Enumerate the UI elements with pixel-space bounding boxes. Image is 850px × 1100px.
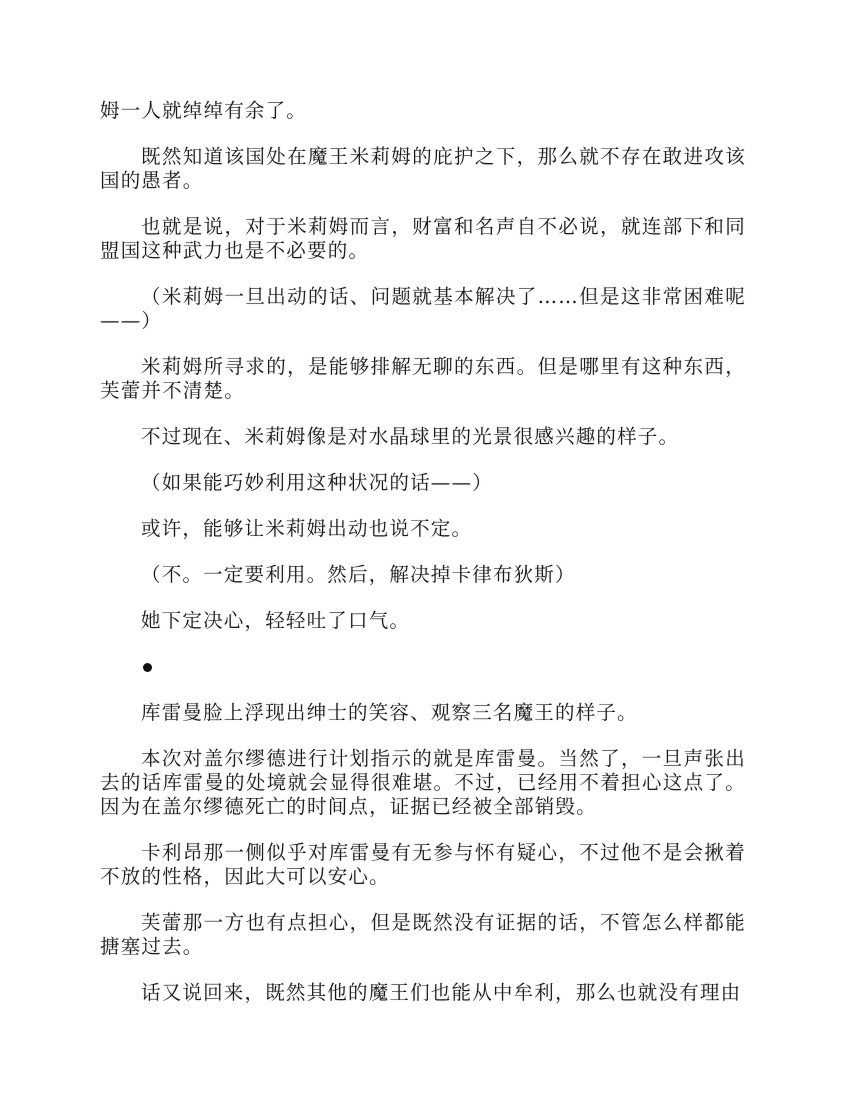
- paragraph: 米莉姆所寻求的，是能够排解无聊的东西。但是哪里有这种东西，芙蕾并不清楚。: [100, 355, 746, 403]
- paragraph: 姆一人就绰绰有余了。: [100, 99, 746, 123]
- bullet-icon: [143, 663, 152, 672]
- paragraph: （如果能巧妙利用这种状况的话——）: [100, 471, 746, 495]
- paragraph: 或许，能够让米莉姆出动也说不定。: [100, 517, 746, 541]
- paragraph: 也就是说，对于米莉姆而言，财富和名声自不必说，就连部下和同盟国这种武力也是不必要…: [100, 215, 746, 263]
- paragraph: （不。一定要利用。然后，解决掉卡律布狄斯）: [100, 563, 746, 587]
- paragraph: （米莉姆一旦出动的话、问题就基本解决了……但是这非常困难呢——）: [100, 285, 746, 333]
- paragraph: 不过现在、米莉姆像是对水晶球里的光景很感兴趣的样子。: [100, 425, 746, 449]
- paragraph: 本次对盖尔缪德进行计划指示的就是库雷曼。当然了，一旦声张出去的话库雷曼的处境就会…: [100, 747, 746, 819]
- section-separator: [100, 655, 746, 679]
- paragraph: 话又说回来，既然其他的魔王们也能从中牟利，那么也就没有理由: [100, 981, 746, 1005]
- paragraph: 既然知道该国处在魔王米莉姆的庇护之下，那么就不存在敢进攻该国的愚者。: [100, 145, 746, 193]
- paragraph: 卡利昂那一侧似乎对库雷曼有无参与怀有疑心，不过他不是会揪着不放的性格，因此大可以…: [100, 841, 746, 889]
- paragraph: 芙蕾那一方也有点担心，但是既然没有证据的话，不管怎么样都能搪塞过去。: [100, 911, 746, 959]
- paragraph: 她下定决心，轻轻吐了口气。: [100, 609, 746, 633]
- document-page: 姆一人就绰绰有余了。 既然知道该国处在魔王米莉姆的庇护之下，那么就不存在敢进攻该…: [100, 99, 746, 1027]
- paragraph: 库雷曼脸上浮现出绅士的笑容、观察三名魔王的样子。: [100, 701, 746, 725]
